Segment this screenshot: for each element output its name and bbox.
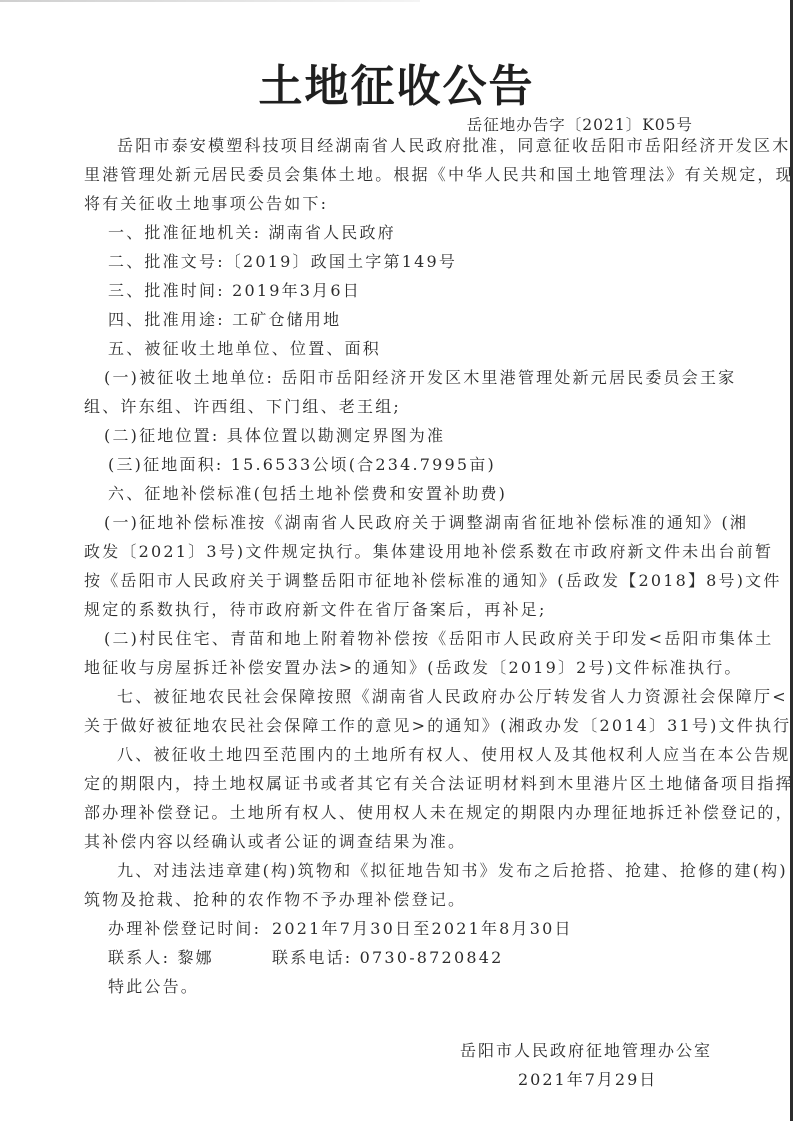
- body-line: 岳阳市泰安模塑科技项目经湖南省人民政府批准，同意征收岳阳市岳阳经济开发区木: [117, 135, 790, 157]
- body-line: 将有关征收土地事项公告如下:: [84, 193, 328, 215]
- contact-person: 联系人: 黎娜: [108, 947, 214, 969]
- body-line: 四、批准用途: 工矿仓储用地: [108, 309, 341, 331]
- body-line: 八、被征收土地四至范围内的土地所有权人、使用权人及其他权利人应当在本公告规: [117, 744, 790, 766]
- body-line: 二、批准文号:〔2019〕政国土字第149号: [108, 251, 457, 273]
- registration-time-value: 2021年7月30日至2021年8月30日: [272, 918, 573, 940]
- body-line: 六、征地补偿标准(包括土地补偿费和安置补助费): [108, 483, 507, 505]
- body-line: 地征收与房屋拆迁补偿安置办法>的通知》(岳政发〔2019〕2号)文件标准执行。: [84, 657, 743, 679]
- body-line: 一、批准征地机关: 湖南省人民政府: [108, 222, 396, 244]
- body-line: (二)村民住宅、青苗和地上附着物补偿按《岳阳市人民政府关于印发<岳阳市集体土: [104, 628, 774, 650]
- body-line: (三)征地面积: 15.6533公顷(合234.7995亩): [108, 454, 496, 476]
- body-line: (一)被征收土地单位: 岳阳市岳阳经济开发区木里港管理处新元居民委员会王家: [104, 367, 736, 389]
- body-line: 里港管理处新元居民委员会集体土地。根据《中华人民共和国土地管理法》有关规定，现: [84, 164, 793, 186]
- body-line: 组、许东组、许西组、下门组、老王组;: [84, 396, 401, 418]
- body-line: 按《岳阳市人民政府关于调整岳阳市征地补偿标准的通知》(岳政发【2018】8号)文…: [84, 570, 782, 592]
- body-line: 九、对违法违章建(构)筑物和《拟征地告知书》发布之后抢搭、抢建、抢修的建(构): [117, 860, 788, 882]
- scan-top-edge: [0, 0, 420, 2]
- body-line: 筑物及抢栽、抢种的农作物不予办理补偿登记。: [84, 889, 466, 911]
- document-number: 岳征地办告字〔2021〕K05号: [467, 113, 693, 137]
- body-line: 关于做好被征地农民社会保障工作的意见>的通知》(湘政办发〔2014〕31号)文件…: [84, 715, 793, 737]
- contact-phone: 联系电话: 0730-8720842: [272, 947, 503, 969]
- body-line: 三、批准时间: 2019年3月6日: [108, 280, 361, 302]
- closing-statement: 特此公告。: [108, 976, 199, 998]
- body-line: 其补偿内容以经确认或者公证的调查结果为准。: [84, 831, 466, 853]
- issue-date: 2021年7月29日: [518, 1069, 657, 1091]
- body-line: 规定的系数执行，待市政府新文件在省厅备案后，再补足;: [84, 599, 547, 621]
- body-line: 五、被征收土地单位、位置、面积: [108, 338, 381, 360]
- body-line: 定的期限内，持土地权属证书或者其它有关合法证明材料到木里港片区土地储备项目指挥: [84, 773, 793, 795]
- issuer-name: 岳阳市人民政府征地管理办公室: [460, 1040, 712, 1062]
- body-line: (二)征地位置: 具体位置以勘测定界图为准: [104, 425, 445, 447]
- body-line: 部办理补偿登记。土地所有权人、使用权人未在规定的期限内办理征地拆迁补偿登记的，: [84, 802, 793, 824]
- body-line: 政发〔2021〕3号)文件规定执行。集体建设用地补偿系数在市政府新文件未出台前暂: [84, 541, 773, 563]
- registration-time-label: 办理补偿登记时间:: [108, 918, 261, 940]
- body-line: (一)征地补偿标准按《湖南省人民政府关于调整湖南省征地补偿标准的通知》(湘: [104, 512, 748, 534]
- body-line: 七、被征地农民社会保障按照《湖南省人民政府办公厅转发省人力资源社会保障厅<: [117, 686, 788, 708]
- document-title: 土地征收公告: [0, 62, 793, 112]
